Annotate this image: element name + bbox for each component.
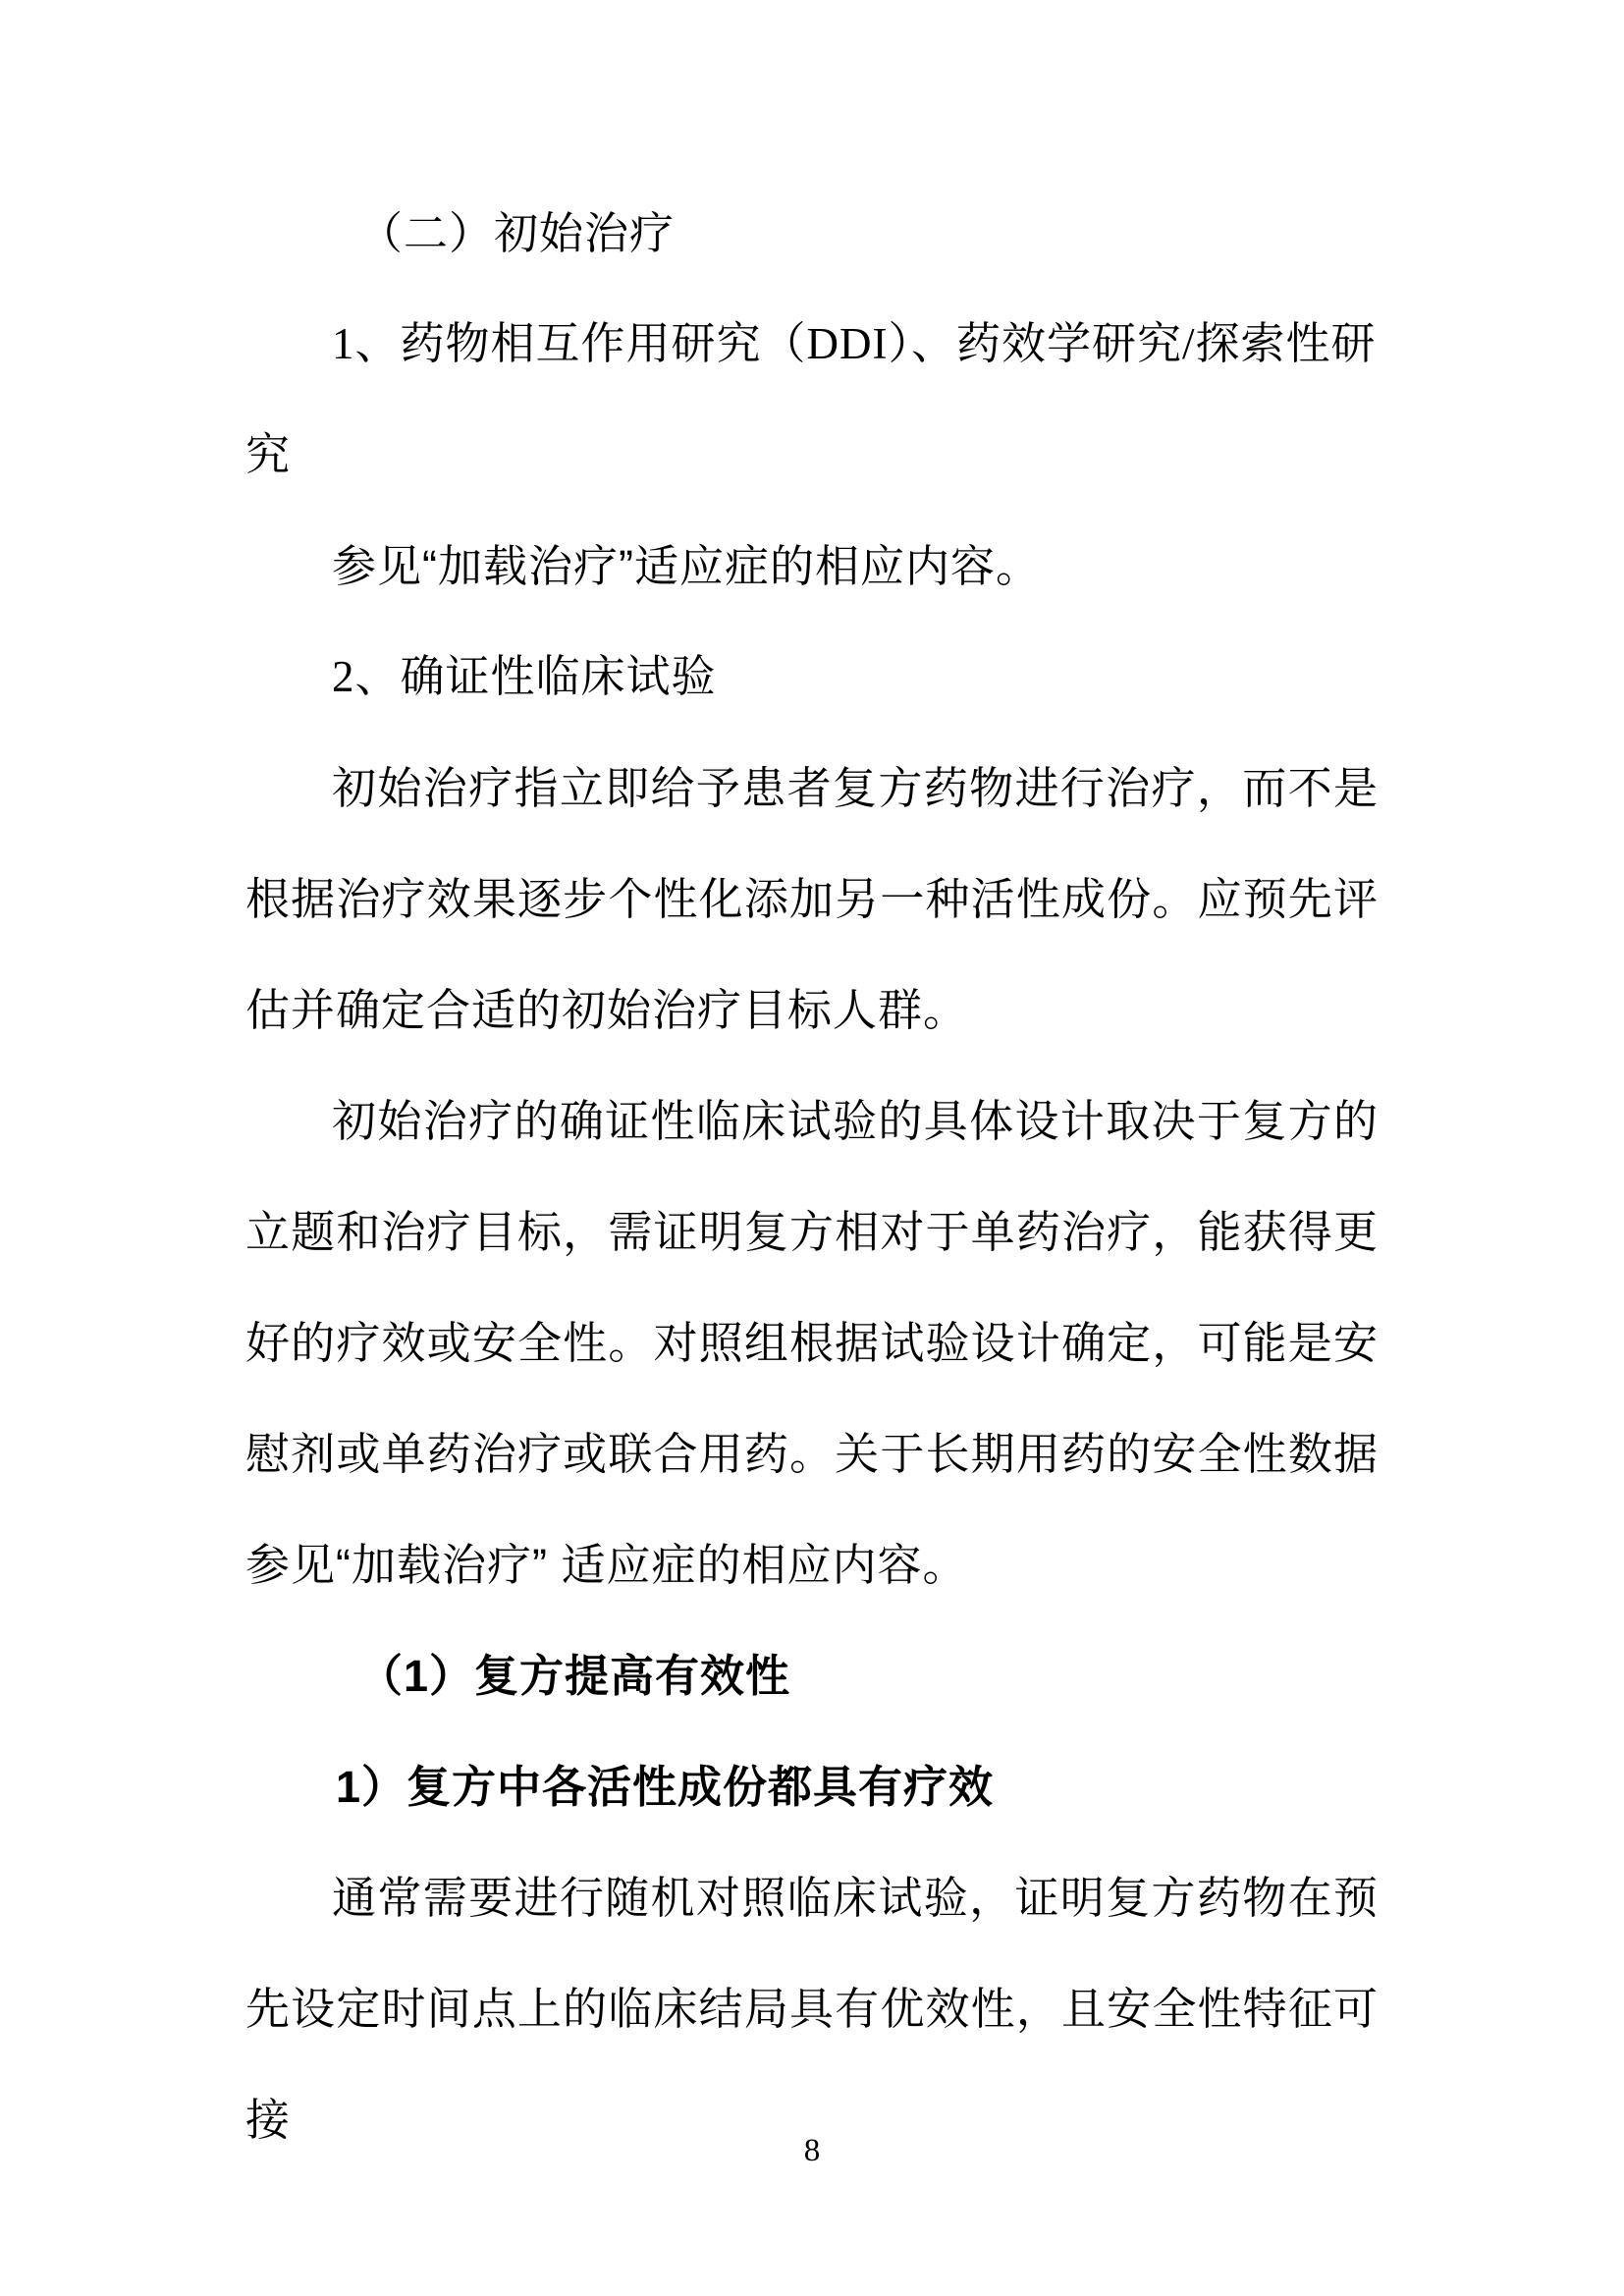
paragraph-see-addon-indication: 参见“加载治疗”适应症的相应内容。: [245, 511, 1379, 622]
subheading-confirmatory-trial: 2、确证性临床试验: [245, 622, 1379, 733]
heading-combination-improves-efficacy: （1）复方提高有效性: [358, 1620, 1379, 1731]
page-number: 8: [0, 2133, 1624, 2168]
subheading-ddi-studies: 1、药物相互作用研究（DDI）、药效学研究/探索性研究: [245, 289, 1379, 511]
paragraph-randomized-controlled-trial: 通常需要进行随机对照临床试验，证明复方药物在预先设定时间点上的临床结局具有优效性…: [245, 1842, 1379, 2175]
document-page: （二）初始治疗 1、药物相互作用研究（DDI）、药效学研究/探索性研究 参见“加…: [0, 0, 1624, 2296]
paragraph-initial-treatment-definition: 初始治疗指立即给予患者复方药物进行治疗，而不是根据治疗效果逐步个性化添加另一种活…: [245, 733, 1379, 1066]
heading-all-active-ingredients-effective: 1）复方中各活性成份都具有疗效: [336, 1731, 1379, 1842]
page-content: （二）初始治疗 1、药物相互作用研究（DDI）、药效学研究/探索性研究 参见“加…: [245, 178, 1379, 2175]
section-heading-initial-treatment: （二）初始治疗: [358, 178, 1379, 289]
paragraph-confirmatory-trial-design: 初始治疗的确证性临床试验的具体设计取决于复方的立题和治疗目标，需证明复方相对于单…: [245, 1066, 1379, 1620]
